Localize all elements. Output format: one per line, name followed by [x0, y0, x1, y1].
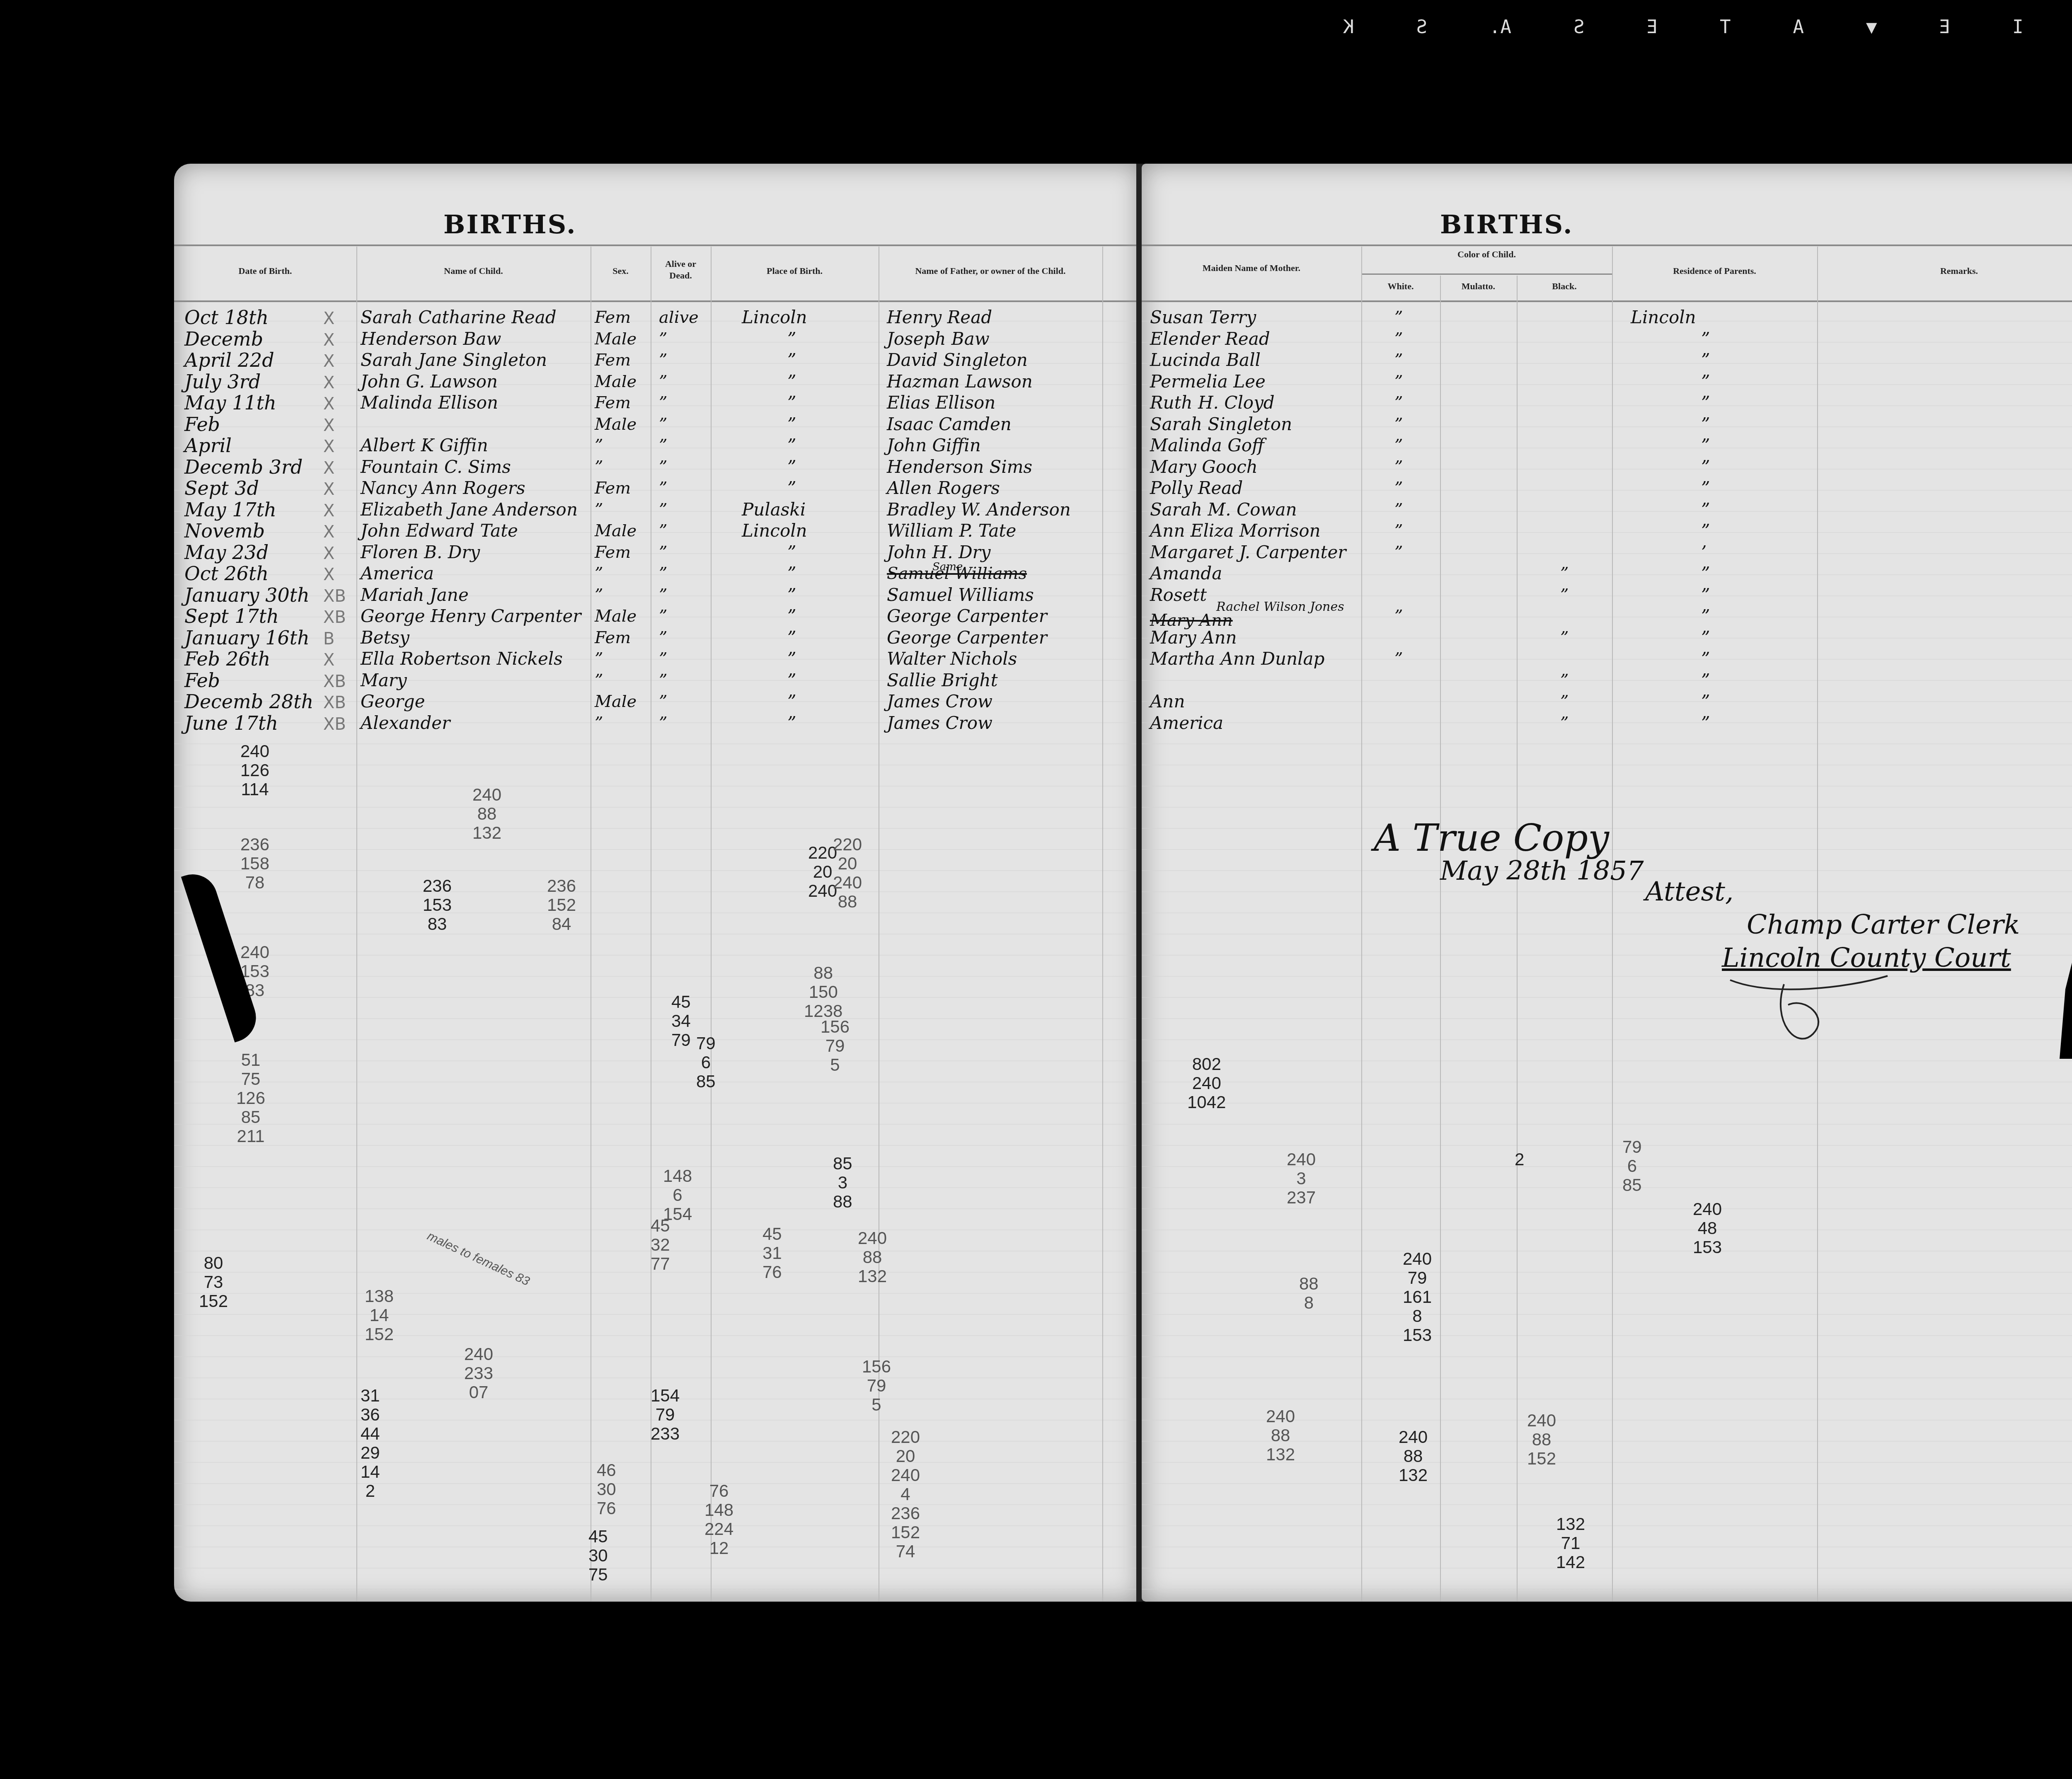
mother-name: Elender Read: [1150, 328, 1270, 350]
child-sex: ”: [595, 563, 603, 584]
page-title: BIRTHS.: [443, 209, 577, 240]
alive-status: ”: [659, 563, 667, 584]
pencil-note: 236 158 78: [240, 835, 269, 892]
alive-status: ”: [659, 670, 667, 691]
column-divider: [711, 247, 712, 1602]
child-sex: Male: [595, 414, 637, 435]
alive-status: ”: [659, 349, 667, 371]
father-name: James Crow: [887, 691, 992, 712]
column-header-alive: Alive or Dead.: [655, 258, 707, 281]
mother-name: Margaret J. Carpenter: [1150, 542, 1346, 563]
color-white: ”: [1394, 499, 1403, 520]
child-sex: ”: [595, 712, 603, 734]
child-name: Henderson Baw: [361, 328, 501, 350]
mother-name: Martha Ann Dunlap: [1150, 648, 1324, 670]
child-name: Alexander: [361, 712, 450, 734]
mother-name: America: [1150, 712, 1223, 734]
parent-residence: ”: [1701, 435, 1710, 456]
mother-name: Sarah Singleton: [1150, 414, 1292, 435]
film-mark: I: [2012, 17, 2024, 38]
pencil-note: 240 88 132: [1399, 1428, 1428, 1485]
pencil-note: 45 30 75: [588, 1527, 608, 1584]
pencil-note: 240 88 132: [1266, 1407, 1295, 1464]
color-black: ”: [1560, 584, 1569, 606]
column-header-place: Place of Birth.: [711, 265, 879, 277]
pencil-note: 85 3 88: [833, 1154, 852, 1211]
pencil-note: 240 126 114: [240, 742, 269, 799]
mother-name: Mary Ann: [1150, 627, 1237, 649]
pencil-note: 154 79 233: [651, 1386, 680, 1443]
birth-date: Sept 17th: [184, 605, 279, 627]
column-divider: [591, 247, 591, 1602]
birth-place: ”: [787, 542, 796, 563]
birth-date: Feb 26th: [184, 648, 270, 670]
child-sex: ”: [595, 499, 603, 520]
mother-name: Ann Eliza Morrison: [1150, 520, 1321, 542]
birth-place: ”: [787, 477, 796, 499]
pencil-note: 240 233 07: [464, 1345, 493, 1402]
child-name: Elizabeth Jane Anderson: [361, 499, 578, 520]
color-black: ”: [1560, 712, 1569, 734]
father-name: Hazman Lawson: [887, 371, 1033, 392]
color-white: ”: [1394, 371, 1403, 392]
child-name: George Henry Carpenter: [361, 605, 581, 627]
column-header-father: Name of Father, or owner of the Child.: [879, 265, 1102, 277]
tally-mark: XB: [323, 672, 346, 691]
color-black: ”: [1560, 563, 1569, 584]
film-mark: A.: [1489, 17, 1511, 38]
column-header-remarks: Remarks.: [1817, 265, 2072, 277]
pencil-note: 76 148 224 12: [704, 1481, 733, 1558]
tally-mark: X: [323, 459, 334, 478]
column-header-mulatto: Mulatto.: [1440, 281, 1517, 292]
father-name: Henry Read: [887, 307, 992, 328]
birth-place: Pulaski: [742, 499, 806, 520]
column-header-mother: Maiden Name of Mother.: [1142, 262, 1361, 274]
birth-date: May 17th: [184, 499, 276, 520]
pencil-note: 88 150 1238: [804, 963, 842, 1021]
birth-date: Oct 26th: [184, 563, 269, 584]
father-name: James Crow: [887, 712, 992, 734]
birth-place: ”: [787, 435, 796, 456]
father-name: David Singleton: [887, 349, 1028, 371]
birth-date: April 22d: [184, 349, 274, 371]
alive-status: ”: [659, 712, 667, 734]
pencil-note: 79 6 85: [1622, 1138, 1642, 1195]
birth-date: Oct 18th: [184, 307, 269, 328]
mother-name: Polly Read: [1150, 477, 1243, 499]
color-group-rule: [1361, 274, 1612, 275]
birth-date: Sept 3d: [184, 477, 259, 499]
mother-name: Lucinda Ball: [1150, 349, 1261, 371]
child-sex: Fem: [595, 349, 631, 371]
father-name: George Carpenter: [887, 627, 1047, 649]
birth-date: Novemb: [184, 520, 265, 542]
column-header-sex: Sex.: [591, 265, 651, 277]
child-sex: Male: [595, 605, 637, 627]
column-header-color-group: Color of Child.: [1361, 249, 1612, 260]
mother-name: Susan Terry: [1150, 307, 1256, 328]
child-sex: ”: [595, 584, 603, 606]
child-sex: Fem: [595, 627, 631, 649]
pencil-note: 236 153 83: [423, 876, 452, 934]
mother-name: Sarah M. Cowan: [1150, 499, 1297, 520]
parent-residence: ”: [1701, 648, 1710, 670]
alive-status: ”: [659, 414, 667, 435]
right-page: BIRTHS. Maiden Name of Mother. Color of …: [1142, 164, 2072, 1602]
tally-mark: XB: [323, 587, 346, 606]
alive-status: ”: [659, 648, 667, 670]
birth-date: Decemb: [184, 328, 263, 350]
birth-place: Lincoln: [742, 307, 807, 328]
tally-mark: X: [323, 523, 334, 542]
child-name: Betsy: [361, 627, 409, 649]
alive-status: ”: [659, 456, 667, 478]
alive-status: ”: [659, 371, 667, 392]
signature-flourish: [1722, 972, 1896, 1055]
child-name: Mary: [361, 670, 407, 691]
parent-residence: ”: [1701, 520, 1710, 542]
mother-correction: Rachel Wilson Jones: [1216, 596, 1344, 618]
child-sex: Fem: [595, 307, 631, 328]
column-header-name: Name of Child.: [356, 265, 591, 277]
father-name: Walter Nichols: [887, 648, 1017, 670]
birth-date: January 16th: [184, 627, 310, 649]
pencil-note: 240 88 132: [858, 1229, 887, 1286]
parent-residence: ”: [1701, 627, 1710, 649]
attestation-date: May 28th 1857: [1440, 856, 1644, 886]
pencil-note: 138 14 152: [365, 1287, 394, 1344]
pencil-note: 148 6 154: [663, 1167, 692, 1224]
birth-date: May 11th: [184, 392, 276, 414]
header-bottom-rule: [174, 300, 1140, 302]
child-name: Mariah Jane: [361, 584, 469, 606]
pencil-note: 88 8: [1299, 1274, 1319, 1312]
pencil-note: 240 88 152: [1527, 1411, 1556, 1468]
child-name: George: [361, 691, 425, 712]
mother-name: Rosett: [1150, 584, 1207, 606]
child-sex: Male: [595, 691, 637, 712]
child-name: John G. Lawson: [361, 371, 498, 392]
alive-status: ”: [659, 477, 667, 499]
tally-mark: X: [323, 395, 334, 414]
tally-mark: XB: [323, 693, 346, 712]
birth-place: ”: [787, 563, 796, 584]
parent-residence: ”: [1701, 414, 1710, 435]
child-sex: ”: [595, 670, 603, 691]
mother-name: Malinda Goff: [1150, 435, 1264, 456]
color-white: ”: [1394, 414, 1403, 435]
alive-status: ”: [659, 392, 667, 414]
column-divider: [1361, 247, 1362, 1602]
header-top-rule: [174, 244, 1140, 246]
tally-mark: X: [323, 501, 334, 520]
tally-mark: X: [323, 331, 334, 350]
column-header-residence: Residence of Parents.: [1612, 265, 1817, 277]
tally-mark: XB: [323, 608, 346, 627]
pencil-note: 45 31 76: [762, 1225, 782, 1282]
column-divider: [1517, 276, 1518, 1602]
pencil-note: 236 152 84: [547, 876, 576, 934]
pencil-note: 240 79 161 8 153: [1403, 1249, 1432, 1345]
microfilm-edge-markings: ■+WLIE▼ATESA.SK: [1343, 17, 2072, 38]
child-sex: Male: [595, 520, 637, 542]
parent-residence: ”: [1701, 349, 1710, 371]
film-mark: E: [1939, 17, 1950, 38]
color-white: ”: [1394, 349, 1403, 371]
father-name: Allen Rogers: [887, 477, 1000, 499]
father-name: Sallie Bright: [887, 670, 998, 691]
pencil-note: 51 75 126 85 211: [236, 1050, 265, 1146]
birth-place: ”: [787, 670, 796, 691]
color-white: ”: [1394, 520, 1403, 542]
pencil-note: 2: [1515, 1150, 1524, 1169]
alive-status: alive: [659, 307, 699, 328]
birth-place: ”: [787, 328, 796, 350]
color-white: ”: [1394, 435, 1403, 456]
attest-label: Attest,: [1645, 876, 1733, 907]
birth-place: ”: [787, 584, 796, 606]
child-name: Fountain C. Sims: [361, 456, 511, 478]
parent-residence: ”: [1701, 712, 1710, 734]
tally-mark: X: [323, 651, 334, 670]
child-name: Sarah Jane Singleton: [361, 349, 547, 371]
mother-name: Amanda: [1150, 563, 1222, 584]
birth-place: ”: [787, 456, 796, 478]
child-name: John Edward Tate: [361, 520, 518, 542]
birth-place: ”: [787, 371, 796, 392]
parent-residence: Lincoln: [1631, 307, 1696, 328]
child-sex: ”: [595, 456, 603, 478]
pencil-note: 240 88 132: [472, 785, 501, 842]
birth-place: ”: [787, 392, 796, 414]
parent-residence: ”: [1701, 691, 1710, 712]
ledger-book: BIRTHS. Date of Birth. Name of Child. Se…: [174, 164, 2072, 1602]
color-white: ”: [1394, 456, 1403, 478]
mother-name: Permelia Lee: [1150, 371, 1266, 392]
pencil-note: 802 240 1042: [1187, 1055, 1226, 1112]
parent-residence: ’: [1701, 542, 1706, 563]
birth-date: May 23d: [184, 542, 269, 563]
tally-mark: B: [323, 629, 334, 649]
color-black: ”: [1560, 670, 1569, 691]
alive-status: ”: [659, 499, 667, 520]
child-name: Albert K Giffin: [361, 435, 488, 456]
pencil-note: 31 36 44 29 14 2: [361, 1386, 380, 1501]
pencil-note: 45 32 77: [651, 1216, 670, 1273]
birth-date: Feb: [184, 414, 220, 435]
birth-date: Feb: [184, 670, 220, 691]
left-page: BIRTHS. Date of Birth. Name of Child. Se…: [174, 164, 1140, 1602]
tally-mark: X: [323, 373, 334, 392]
father-name: John Giffin: [887, 435, 981, 456]
birth-place: ”: [787, 414, 796, 435]
tally-mark: X: [323, 565, 334, 584]
birth-place: ”: [787, 349, 796, 371]
birth-place: ”: [787, 691, 796, 712]
pencil-note: 240 3 237: [1287, 1150, 1316, 1207]
parent-residence: ”: [1701, 584, 1710, 606]
child-name: America: [361, 563, 434, 584]
column-header-white: White.: [1361, 281, 1440, 292]
parent-residence: ”: [1701, 371, 1710, 392]
birth-place: ”: [787, 712, 796, 734]
child-name: Sarah Catharine Read: [361, 307, 557, 328]
alive-status: ”: [659, 605, 667, 627]
true-copy-text: A True Copy: [1374, 816, 1609, 860]
parent-residence: ”: [1701, 605, 1710, 627]
color-white: ”: [1394, 542, 1403, 563]
birth-place: ”: [787, 627, 796, 649]
parent-residence: ”: [1701, 499, 1710, 520]
child-sex: Fem: [595, 477, 631, 499]
parent-residence: ”: [1701, 392, 1710, 414]
film-mark: S: [1416, 17, 1427, 38]
child-sex: Fem: [595, 392, 631, 414]
child-name: Malinda Ellison: [361, 392, 498, 414]
father-name: Joseph Baw: [887, 328, 990, 350]
color-black: ”: [1560, 691, 1569, 712]
color-white: ”: [1394, 477, 1403, 499]
tally-mark: X: [323, 352, 334, 371]
birth-date: January 30th: [184, 584, 310, 606]
header-top-rule: [1142, 244, 2072, 246]
tally-mark: X: [323, 309, 334, 328]
alive-status: ”: [659, 328, 667, 350]
column-divider: [1440, 276, 1441, 1602]
color-white: ”: [1394, 328, 1403, 350]
tally-mark: X: [323, 416, 334, 435]
clerk-signature: Champ Carter Clerk: [1747, 910, 2020, 940]
alive-status: ”: [659, 542, 667, 563]
color-white: ”: [1394, 307, 1403, 328]
child-sex: Male: [595, 328, 637, 350]
pencil-note: 220 20 240 4 236 152 74: [891, 1428, 920, 1561]
pencil-note: 132 71 142: [1556, 1515, 1585, 1572]
pencil-note: 79 6 85: [696, 1034, 716, 1091]
father-name: Isaac Camden: [887, 414, 1012, 435]
child-sex: Fem: [595, 542, 631, 563]
alive-status: ”: [659, 627, 667, 649]
tally-mark: X: [323, 480, 334, 499]
child-sex: ”: [595, 435, 603, 456]
tally-mark: X: [323, 544, 334, 563]
birth-place: ”: [787, 648, 796, 670]
birth-place: Lincoln: [742, 520, 807, 542]
color-white: ”: [1394, 605, 1403, 627]
pencil-note: 220 20 240 88: [833, 835, 862, 911]
color-white: ”: [1394, 648, 1403, 670]
father-name: Henderson Sims: [887, 456, 1032, 478]
father-name: Bradley W. Anderson: [887, 499, 1071, 520]
birth-date: July 3rd: [184, 371, 261, 392]
pencil-note: 156 79 5: [821, 1017, 850, 1075]
alive-status: ”: [659, 435, 667, 456]
mother-name: Ruth H. Cloyd: [1150, 392, 1275, 414]
birth-date: Decemb 28th: [184, 691, 313, 712]
alive-status: ”: [659, 584, 667, 606]
tally-mark: X: [323, 437, 334, 456]
pencil-note: 240 48 153: [1693, 1200, 1722, 1257]
birth-date: April: [184, 435, 232, 456]
parent-residence: ”: [1701, 328, 1710, 350]
mother-name: Mary Gooch: [1150, 456, 1258, 478]
parent-residence: ”: [1701, 477, 1710, 499]
film-mark: K: [1343, 17, 1354, 38]
child-name: Nancy Ann Rogers: [361, 477, 525, 499]
pencil-note: 156 79 5: [862, 1357, 891, 1414]
film-mark: T: [1720, 17, 1731, 38]
child-name: Ella Robertson Nickels: [361, 648, 563, 670]
birth-place: ”: [787, 605, 796, 627]
parent-residence: ”: [1701, 563, 1710, 584]
child-sex: Male: [595, 371, 637, 392]
column-header-date: Date of Birth.: [174, 265, 356, 277]
color-black: ”: [1560, 627, 1569, 649]
alive-status: ”: [659, 520, 667, 542]
court-name: Lincoln County Court: [1722, 943, 2011, 973]
parent-residence: ”: [1701, 456, 1710, 478]
child-name: Floren B. Dry: [361, 542, 480, 563]
birth-date: Decemb 3rd: [184, 456, 303, 478]
color-white: ”: [1394, 392, 1403, 414]
father-name: Samuel Williams: [887, 584, 1034, 606]
page-title: BIRTHS.: [1440, 209, 1573, 240]
column-divider: [1102, 247, 1103, 1602]
pencil-note: 80 73 152: [199, 1254, 228, 1311]
father-name: George Carpenter: [887, 605, 1047, 627]
film-mark: ▼: [1866, 17, 1877, 38]
film-mark: A: [1793, 17, 1804, 38]
alive-status: ”: [659, 691, 667, 712]
birth-date: June 17th: [184, 712, 278, 734]
mother-name: Ann: [1150, 691, 1185, 712]
parent-residence: ”: [1701, 670, 1710, 691]
column-divider: [356, 247, 357, 1602]
father-name: Elias Ellison: [887, 392, 995, 414]
father-name: William P. Tate: [887, 520, 1016, 542]
tally-mark: XB: [323, 715, 346, 734]
father-struck: Samuel Williams: [887, 563, 1027, 584]
pencil-note: 46 30 76: [597, 1461, 616, 1518]
column-divider: [1612, 247, 1613, 1602]
film-mark: S: [1573, 17, 1585, 38]
column-header-black: Black.: [1517, 281, 1612, 292]
pencil-note: 45 34 79: [671, 992, 691, 1050]
film-mark: E: [1646, 17, 1658, 38]
header-bottom-rule: [1142, 300, 2072, 302]
child-sex: ”: [595, 648, 603, 670]
